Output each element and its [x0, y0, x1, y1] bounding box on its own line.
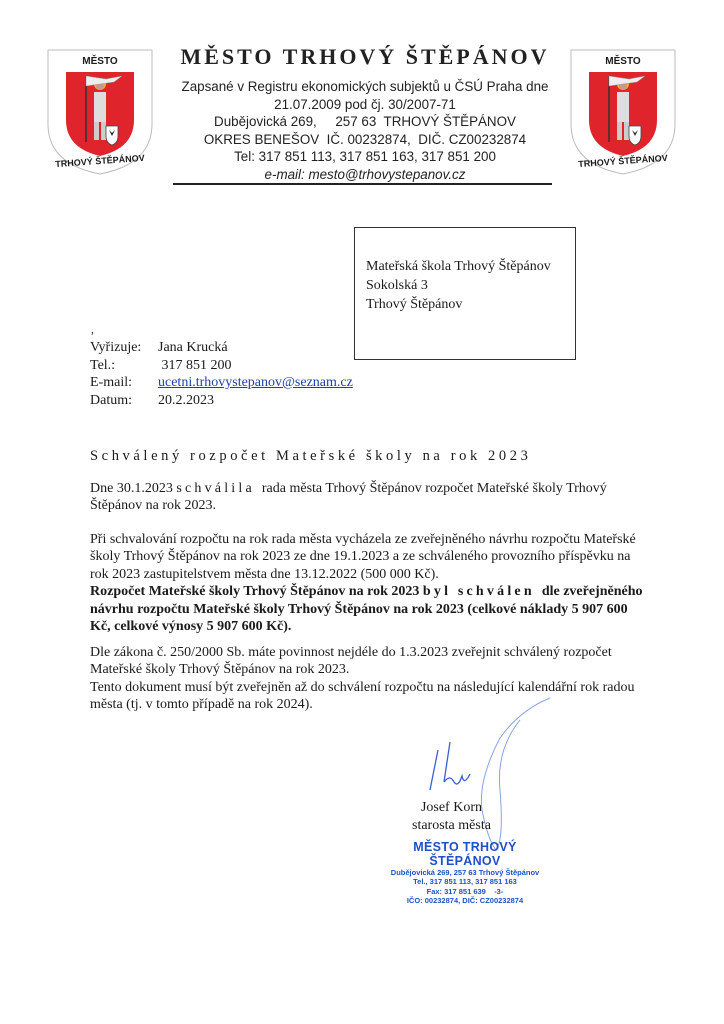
handler-value: Jana Krucká [158, 339, 228, 357]
letterhead-title: MĚSTO TRHOVÝ ŠTĚPÁNOV [170, 44, 560, 70]
stray-mark: , [91, 322, 94, 337]
town-crest-right: MĚSTO TRHOVÝ ŠTĚPÁNOV [567, 46, 679, 178]
contact-block: Vyřizuje: Jana Krucká Tel.: 317 851 200 … [90, 339, 353, 409]
date-label: Datum: [90, 392, 158, 410]
signatory-name: Josef Korn [412, 799, 491, 817]
crest-label-top: MĚSTO [567, 56, 679, 67]
email-link[interactable]: ucetni.trhovystepanov@seznam.cz [158, 374, 353, 392]
stamp-fax: Fax: 317 851 639 [427, 887, 486, 896]
stamp-title: MĚSTO TRHOVÝ ŠTĚPÁNOV [380, 840, 550, 868]
stamp-line-3: Fax: 317 851 639 -3- [380, 887, 550, 896]
phone-value: 317 851 200 [158, 357, 232, 375]
p3-line-1: Dle zákona č. 250/2000 Sb. máte povinnos… [90, 644, 650, 679]
stamp-line-2: Tel., 317 851 113, 317 851 163 [380, 877, 550, 886]
official-stamp: MĚSTO TRHOVÝ ŠTĚPÁNOV Dubějovická 269, 2… [380, 840, 550, 906]
letterhead-divider [173, 183, 552, 185]
phone-row: Tel.: 317 851 200 [90, 357, 353, 375]
recipient-address: Mateřská škola Trhový Štěpánov Sokolská … [366, 257, 551, 315]
stamp-mark: -3- [494, 887, 503, 896]
date-value: 20.2.2023 [158, 392, 214, 410]
recipient-line-1: Mateřská škola Trhový Štěpánov [366, 257, 551, 276]
p3-line-2: Tento dokument musí být zveřejněn až do … [90, 679, 650, 714]
p2-bold-start: Rozpočet Mateřské školy Trhový Štěpánov … [90, 584, 423, 599]
registration-line-2: 21.07.2009 pod čj. 30/2007-71 [160, 96, 570, 114]
phone-label: Tel.: [90, 357, 158, 375]
handler-row: Vyřizuje: Jana Krucká [90, 339, 353, 357]
letter-subject: Schválený rozpočet Mateřské školy na rok… [90, 448, 531, 465]
date-row: Datum: 20.2.2023 [90, 392, 353, 410]
signatory: Josef Korn starosta města [412, 799, 491, 834]
p2-bold: Rozpočet Mateřské školy Trhový Štěpánov … [90, 583, 650, 635]
p1-spaced: schválila [176, 481, 255, 496]
town-crest-left: MĚSTO TRHOVÝ ŠTĚPÁNOV [44, 46, 156, 178]
recipient-line-3: Trhový Štěpánov [366, 295, 551, 314]
signatory-role: starosta města [412, 817, 491, 835]
p1-start: Dne 30.1.2023 [90, 481, 176, 496]
crest-label-top: MĚSTO [44, 56, 156, 67]
registration-line-1: Zapsané v Registru ekonomických subjektů… [160, 78, 570, 96]
letterhead-details: Zapsané v Registru ekonomických subjektů… [160, 78, 570, 184]
recipient-line-2: Sokolská 3 [366, 276, 551, 295]
email-label: E-mail: [90, 374, 158, 392]
handler-label: Vyřizuje: [90, 339, 158, 357]
p2-bold-spaced: byl schválen [423, 584, 535, 599]
paragraph-basis: Při schvalování rozpočtu na rok rada měs… [90, 531, 650, 635]
ids-line: OKRES BENEŠOV IČ. 00232874, DIČ. CZ00232… [160, 131, 570, 149]
address-line: Dubějovická 269, 257 63 TRHOVÝ ŠTĚPÁNOV [160, 113, 570, 131]
handwritten-signature-icon [400, 690, 560, 860]
phone-line: Tel: 317 851 113, 317 851 163, 317 851 2… [160, 148, 570, 166]
stamp-line-1: Dubějovická 269, 257 63 Trhový Štěpánov [380, 868, 550, 877]
paragraph-legal: Dle zákona č. 250/2000 Sb. máte povinnos… [90, 644, 650, 714]
paragraph-approval: Dne 30.1.2023 schválila rada města Trhov… [90, 480, 650, 515]
p2-text: Při schvalování rozpočtu na rok rada měs… [90, 531, 650, 583]
email-line: e-mail: mesto@trhovystepanov.cz [160, 166, 570, 184]
stamp-line-4: IČO: 00232874, DIČ: CZ00232874 [380, 896, 550, 905]
email-row: E-mail: ucetni.trhovystepanov@seznam.cz [90, 374, 353, 392]
